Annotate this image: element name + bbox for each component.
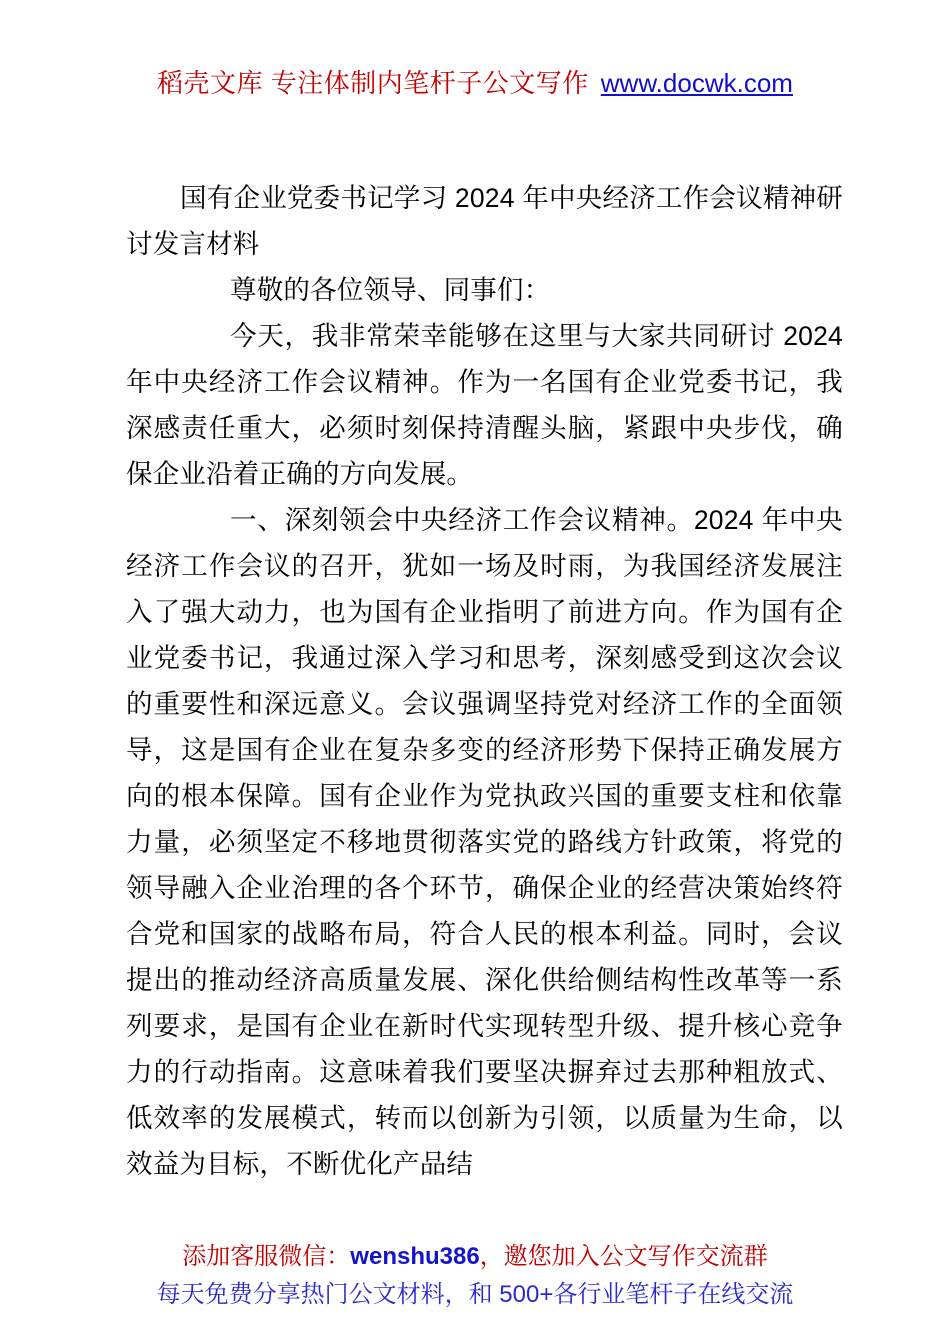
footer-line1-suffix: ，邀您加入公文写作交流群 bbox=[480, 1243, 768, 1270]
header-url-link[interactable]: www.docwk.com bbox=[601, 68, 793, 98]
footer-line1-prefix: 添加客服微信： bbox=[182, 1243, 350, 1270]
greeting-line: 尊敬的各位领导、同事们： bbox=[126, 267, 843, 313]
document-page: 稻壳文库 专注体制内笔杆子公文写作www.docwk.com 国有企业党委书记学… bbox=[0, 0, 950, 1344]
header-brand-text: 稻壳文库 专注体制内笔杆子公文写作 bbox=[157, 68, 589, 98]
promo-footer: 添加客服微信：wenshu386，邀您加入公文写作交流群 每天免费分享热门公文材… bbox=[0, 1238, 950, 1314]
footer-line-1: 添加客服微信：wenshu386，邀您加入公文写作交流群 bbox=[0, 1238, 950, 1276]
paragraph-intro: 今天，我非常荣幸能够在这里与大家共同研讨 2024 年中央经济工作会议精神。作为… bbox=[126, 313, 843, 497]
paragraph-section-one: 一、深刻领会中央经济工作会议精神。2024 年中央经济工作会议的召开，犹如一场及… bbox=[126, 497, 843, 1187]
promo-header: 稻壳文库 专注体制内笔杆子公文写作www.docwk.com bbox=[0, 66, 950, 100]
footer-line-2: 每天免费分享热门公文材料，和 500+各行业笔杆子在线交流 bbox=[0, 1276, 950, 1314]
document-body: 国有企业党委书记学习 2024 年中央经济工作会议精神研讨发言材料 尊敬的各位领… bbox=[126, 175, 843, 1187]
document-title: 国有企业党委书记学习 2024 年中央经济工作会议精神研讨发言材料 bbox=[126, 175, 843, 267]
wechat-id: wenshu386 bbox=[350, 1243, 479, 1270]
